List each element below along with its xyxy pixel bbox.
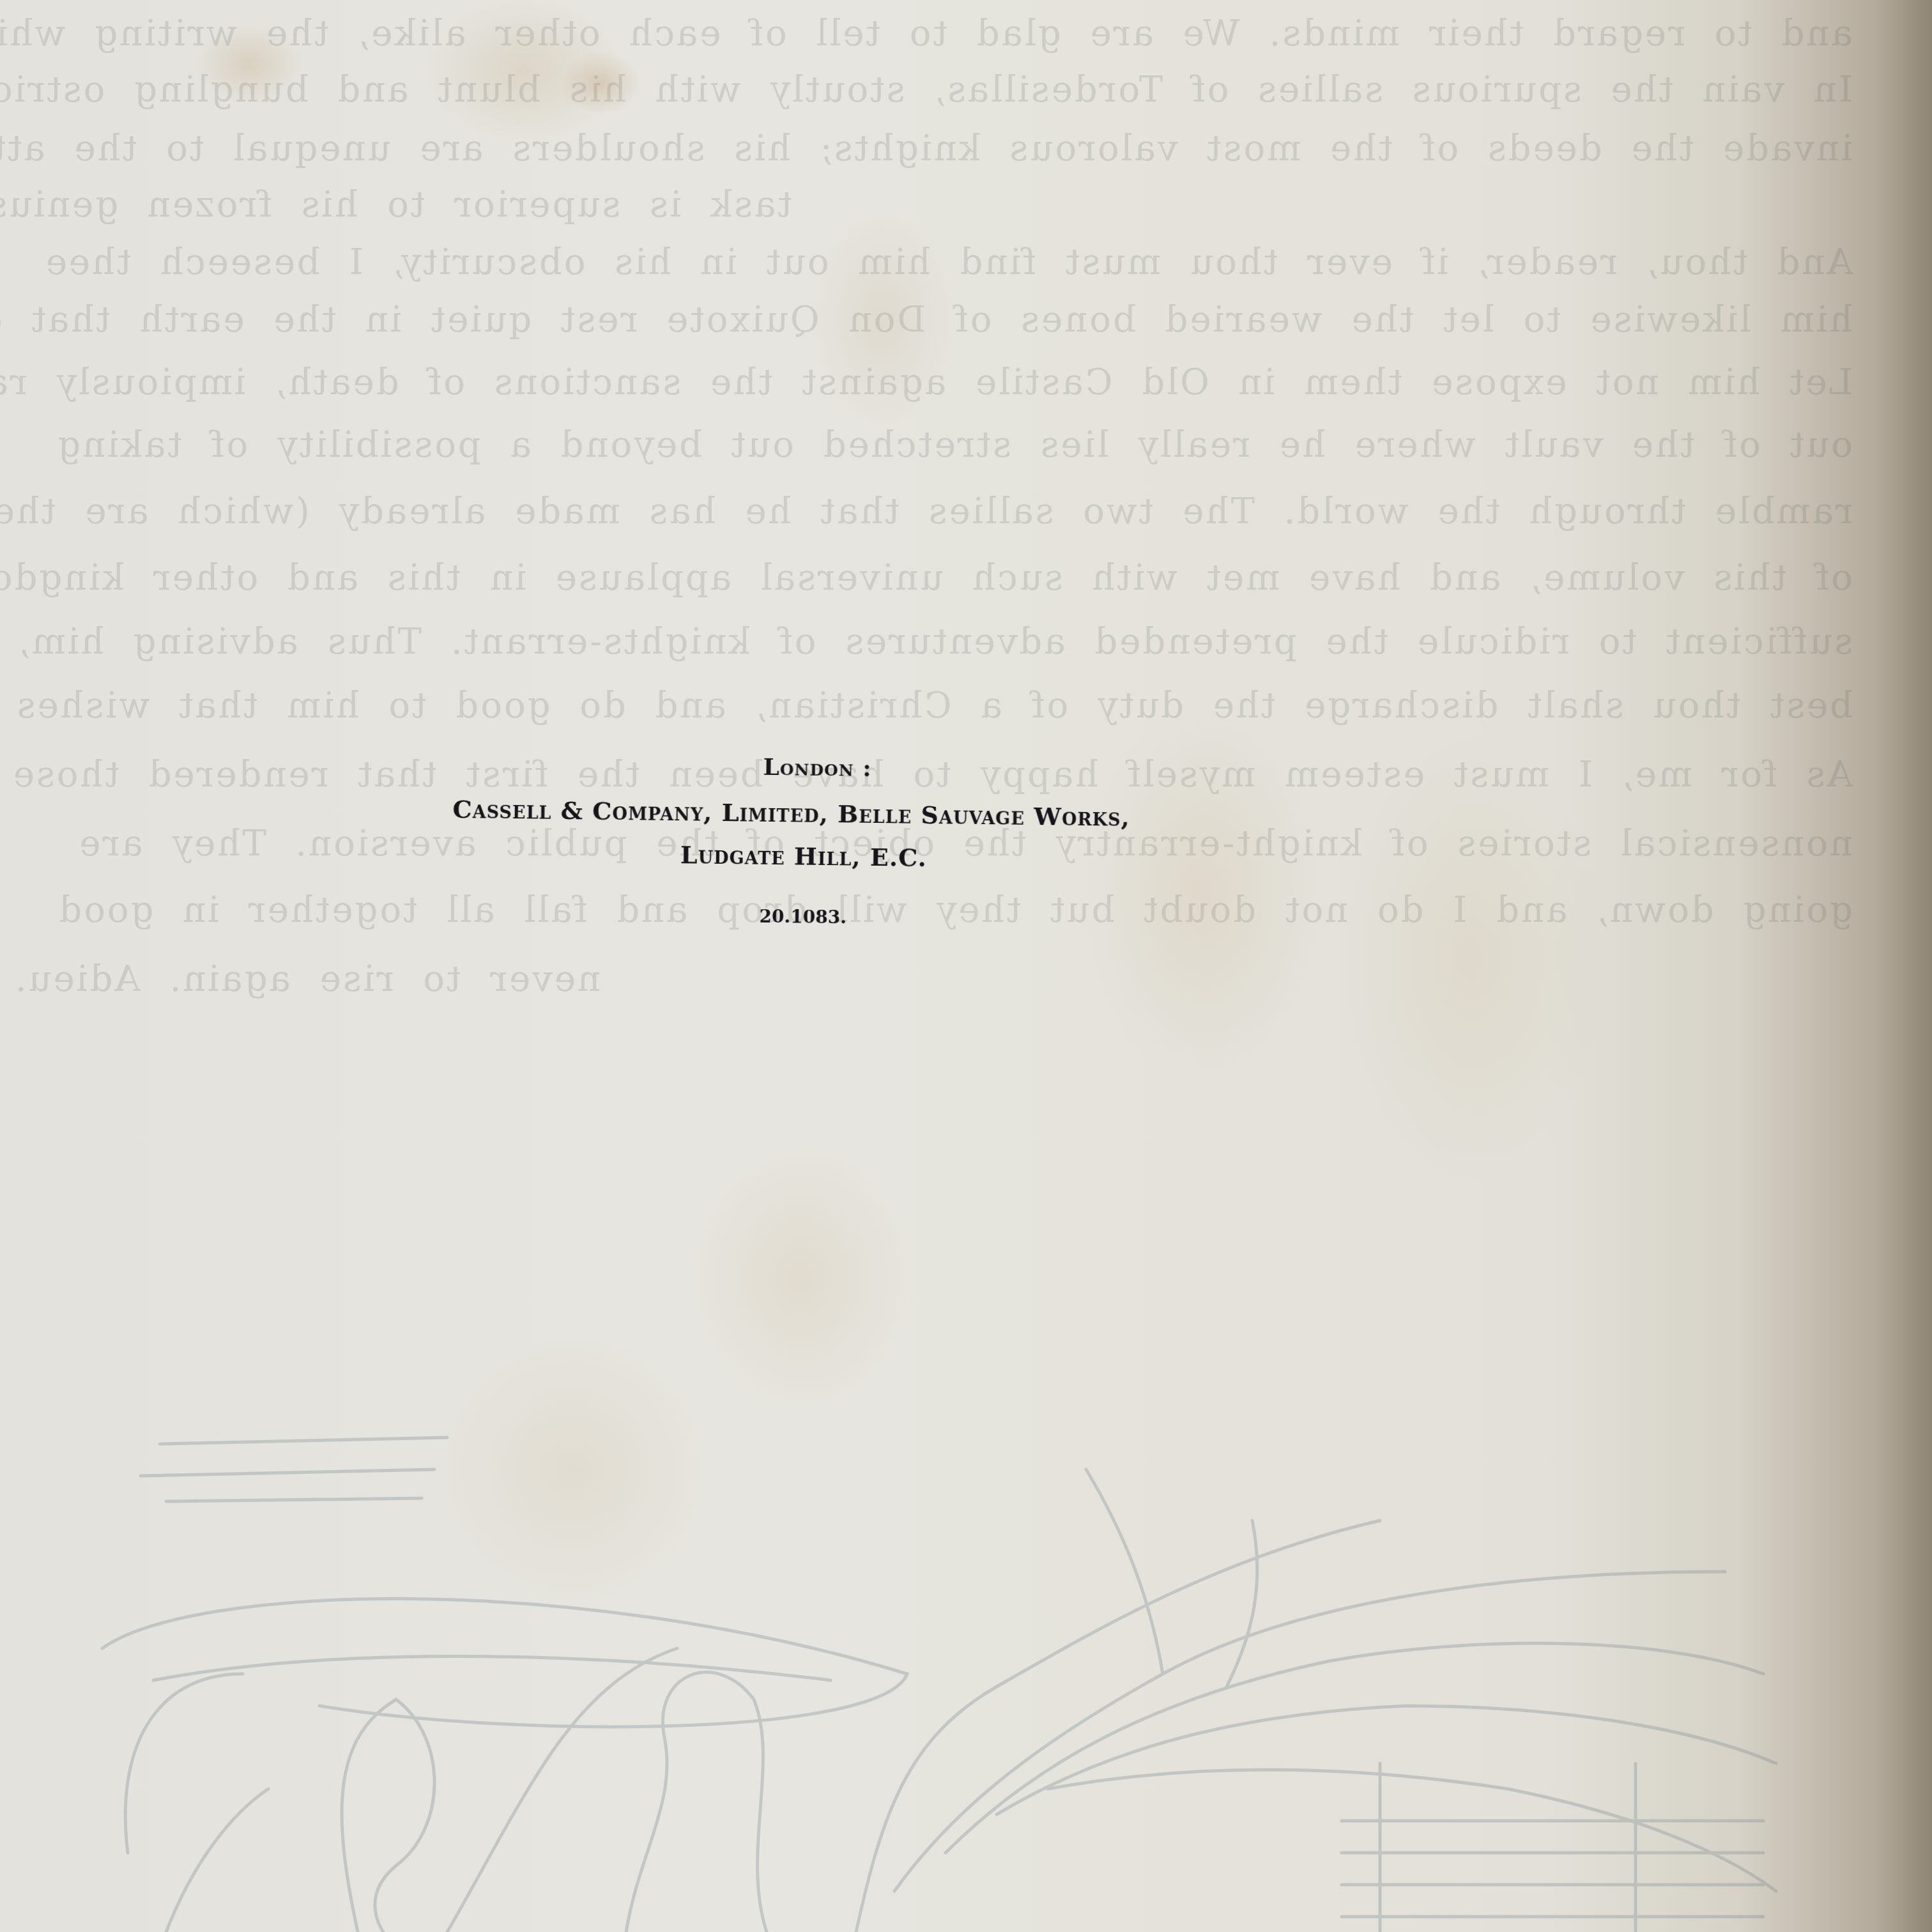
ghost-line: him likewise to let the wearied bones of… (0, 299, 1853, 341)
ghost-line: And thou, reader, if ever thou must find… (0, 241, 1853, 283)
show-through-engraving (0, 1406, 1932, 1932)
ghost-line: invade the deeds of the most valorous kn… (0, 128, 1853, 169)
ghost-line: best thou shalt discharge the duty of a … (0, 685, 1853, 726)
publisher-imprint: London : Cassell & Company, Limited, Bel… (356, 741, 1252, 933)
ghost-line: Let him not expose them in Old Castile a… (0, 362, 1853, 403)
imprint-address: Ludgate Hill, E.C. (356, 836, 1251, 876)
imprint-city: London : (383, 749, 1252, 786)
ghost-line: ramble through the world. The two sallie… (0, 491, 1853, 532)
ghost-line: In vain the spurious sallies of Tordesil… (0, 69, 1853, 111)
imprint-publisher: Cassell & Company, Limited, Belle Sauvag… (331, 793, 1251, 834)
ghost-line: task is superior to his frozen genius. (0, 184, 792, 226)
ghost-line: sufficient to ridicule the pretended adv… (0, 621, 1853, 663)
ghost-line: of this volume, and have met with such u… (0, 557, 1853, 599)
ghost-line: out of the vault where he really lies st… (0, 424, 1853, 466)
book-page: and to regard their minds. We are glad t… (0, 0, 1932, 1932)
ghost-line: and to regard their minds. We are glad t… (0, 13, 1853, 54)
ghost-line: never to rise again. Adieu. (13, 958, 601, 1000)
